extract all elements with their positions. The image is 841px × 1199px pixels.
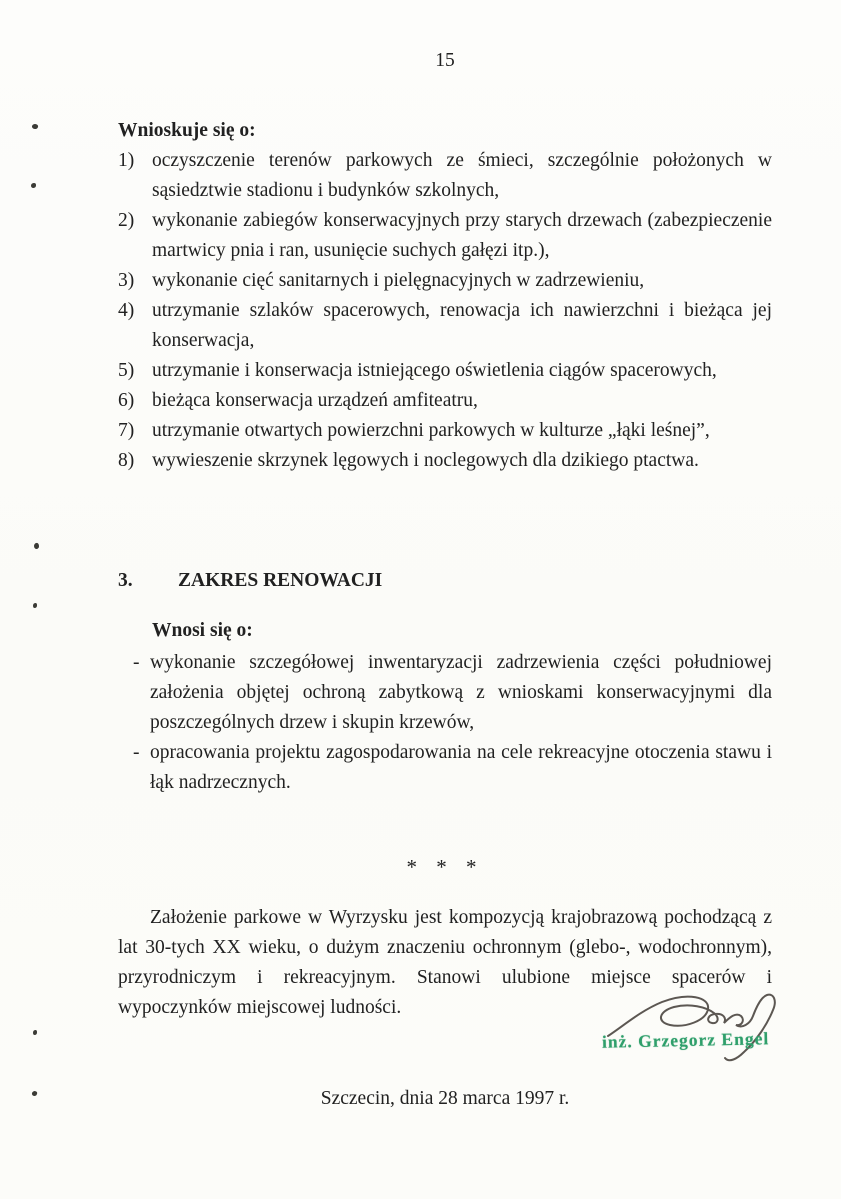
list-item-text: utrzymanie otwartych powierzchni parkowy… [152,420,710,441]
list-item: 3)wykonanie cięć sanitarnych i pielęgnac… [118,266,772,296]
list-item-text: oczyszczenie terenów parkowych ze śmieci… [152,150,772,201]
list-item-text: wykonanie cięć sanitarnych i pielęgnacyj… [152,270,644,291]
scan-speck [33,1030,37,1035]
section-number: 3. [118,566,133,596]
section-renowacja: 3.ZAKRES RENOWACJI Wnosi się o: -wykonan… [118,566,772,798]
list-item-number: 4) [118,296,134,326]
list-item-number: 6) [118,386,134,416]
list-item-number: 3) [118,266,134,296]
list-item: 6)bieżąca konserwacja urządzeń amfiteatr… [118,386,772,416]
list-item-text: utrzymanie i konserwacja istniejącego oś… [152,360,717,381]
section-title: ZAKRES RENOWACJI [178,570,382,591]
list-item: 8)wywieszenie skrzynek lęgowych i nocleg… [118,446,772,476]
list-item-number: 8) [118,446,134,476]
list-item-number: 2) [118,206,134,236]
document-page: 15 Wnioskuje się o: 1)oczyszczenie teren… [0,0,841,1199]
scan-speck [31,123,38,129]
list-item-dash: - [133,648,140,678]
scan-speck [31,183,36,188]
dash-list: -wykonanie szczegółowej inwentaryzacji z… [118,648,772,798]
list-item: 7)utrzymanie otwartych powierzchni parko… [118,416,772,446]
scan-speck [34,543,40,550]
page-content: 15 Wnioskuje się o: 1)oczyszczenie teren… [118,0,772,1023]
intro-heading: Wnioskuje się o: [118,116,772,146]
section-heading: 3.ZAKRES RENOWACJI [118,566,772,596]
list-item-dash: - [133,738,140,768]
numbered-list: 1)oczyszczenie terenów parkowych ze śmie… [118,146,772,476]
list-item-text: wykonanie zabiegów konserwacyjnych przy … [152,210,772,261]
list-item-number: 1) [118,146,134,176]
list-item-text: wykonanie szczegółowej inwentaryzacji za… [150,652,772,733]
dateline: Szczecin, dnia 28 marca 1997 r. [118,1084,772,1114]
list-item: -wykonanie szczegółowej inwentaryzacji z… [118,648,772,738]
scan-speck [31,1090,37,1096]
section-subheading: Wnosi się o: [152,616,772,646]
list-item-number: 5) [118,356,134,386]
list-item: 4)utrzymanie szlaków spacerowych, renowa… [118,296,772,356]
name-stamp: inż. Grzegorz Engel [602,1027,770,1052]
scan-speck [33,603,37,608]
list-item: 2)wykonanie zabiegów konserwacyjnych prz… [118,206,772,266]
list-item-text: opracowania projektu zagospodarowania na… [150,742,772,793]
asterisk-separator: * * * [118,852,772,882]
list-item-text: bieżąca konserwacja urządzeń amfiteatru, [152,390,478,411]
list-item-number: 7) [118,416,134,446]
list-item: -opracowania projektu zagospodarowania n… [118,738,772,798]
list-item: 1)oczyszczenie terenów parkowych ze śmie… [118,146,772,206]
list-item-text: utrzymanie szlaków spacerowych, renowacj… [152,300,772,351]
page-number: 15 [118,0,772,76]
list-item-text: wywieszenie skrzynek lęgowych i noclegow… [152,450,699,471]
list-item: 5)utrzymanie i konserwacja istniejącego … [118,356,772,386]
